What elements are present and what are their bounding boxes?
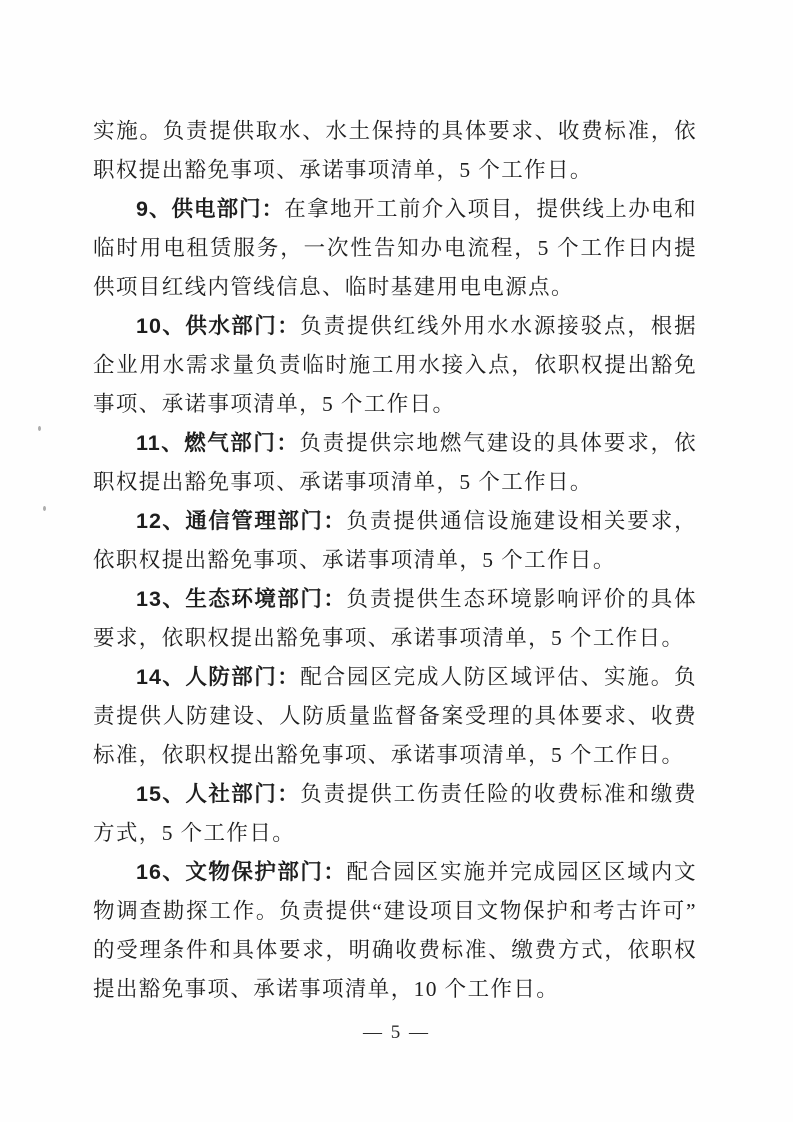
- paragraph-item-9: 9、供电部门：在拿地开工前介入项目，提供线上办电和临时用电租赁服务，一次性告知办…: [93, 190, 697, 307]
- item-label: 9、供电部门：: [136, 197, 284, 221]
- paragraph-item-13: 13、生态环境部门：负责提供生态环境影响评价的具体要求，依职权提出豁免事项、承诺…: [93, 580, 697, 658]
- paragraph-item8-continuation: 实施。负责提供取水、水土保持的具体要求、收费标准，依职权提出豁免事项、承诺事项清…: [93, 112, 697, 190]
- scan-speck: [43, 506, 46, 511]
- item-label: 16、文物保护部门：: [136, 860, 346, 884]
- paragraph-item-11: 11、燃气部门：负责提供宗地燃气建设的具体要求，依职权提出豁免事项、承诺事项清单…: [93, 424, 697, 502]
- paragraph-item-14: 14、人防部门：配合园区完成人防区域评估、实施。负责提供人防建设、人防质量监督备…: [93, 658, 697, 775]
- paragraph-item-10: 10、供水部门：负责提供红线外用水水源接驳点，根据企业用水需求量负责临时施工用水…: [93, 307, 697, 424]
- item-label: 12、通信管理部门：: [136, 509, 346, 533]
- paragraph-text: 实施。负责提供取水、水土保持的具体要求、收费标准，依职权提出豁免事项、承诺事项清…: [93, 119, 697, 182]
- item-label: 13、生态环境部门：: [136, 587, 346, 611]
- document-page: 实施。负责提供取水、水土保持的具体要求、收费标准，依职权提出豁免事项、承诺事项清…: [0, 0, 793, 1122]
- item-label: 14、人防部门：: [136, 665, 300, 689]
- item-label: 10、供水部门：: [136, 314, 300, 338]
- page-number: — 5 —: [0, 1022, 793, 1044]
- paragraph-item-16: 16、文物保护部门：配合园区实施并完成园区区域内文物调查勘探工作。负责提供“建设…: [93, 853, 697, 1009]
- paragraph-item-15: 15、人社部门：负责提供工伤责任险的收费标准和缴费方式，5 个工作日。: [93, 775, 697, 853]
- item-label: 11、燃气部门：: [136, 431, 299, 455]
- document-body: 实施。负责提供取水、水土保持的具体要求、收费标准，依职权提出豁免事项、承诺事项清…: [93, 112, 697, 1009]
- paragraph-item-12: 12、通信管理部门：负责提供通信设施建设相关要求，依职权提出豁免事项、承诺事项清…: [93, 502, 697, 580]
- scan-speck: [38, 426, 41, 431]
- item-label: 15、人社部门：: [136, 782, 300, 806]
